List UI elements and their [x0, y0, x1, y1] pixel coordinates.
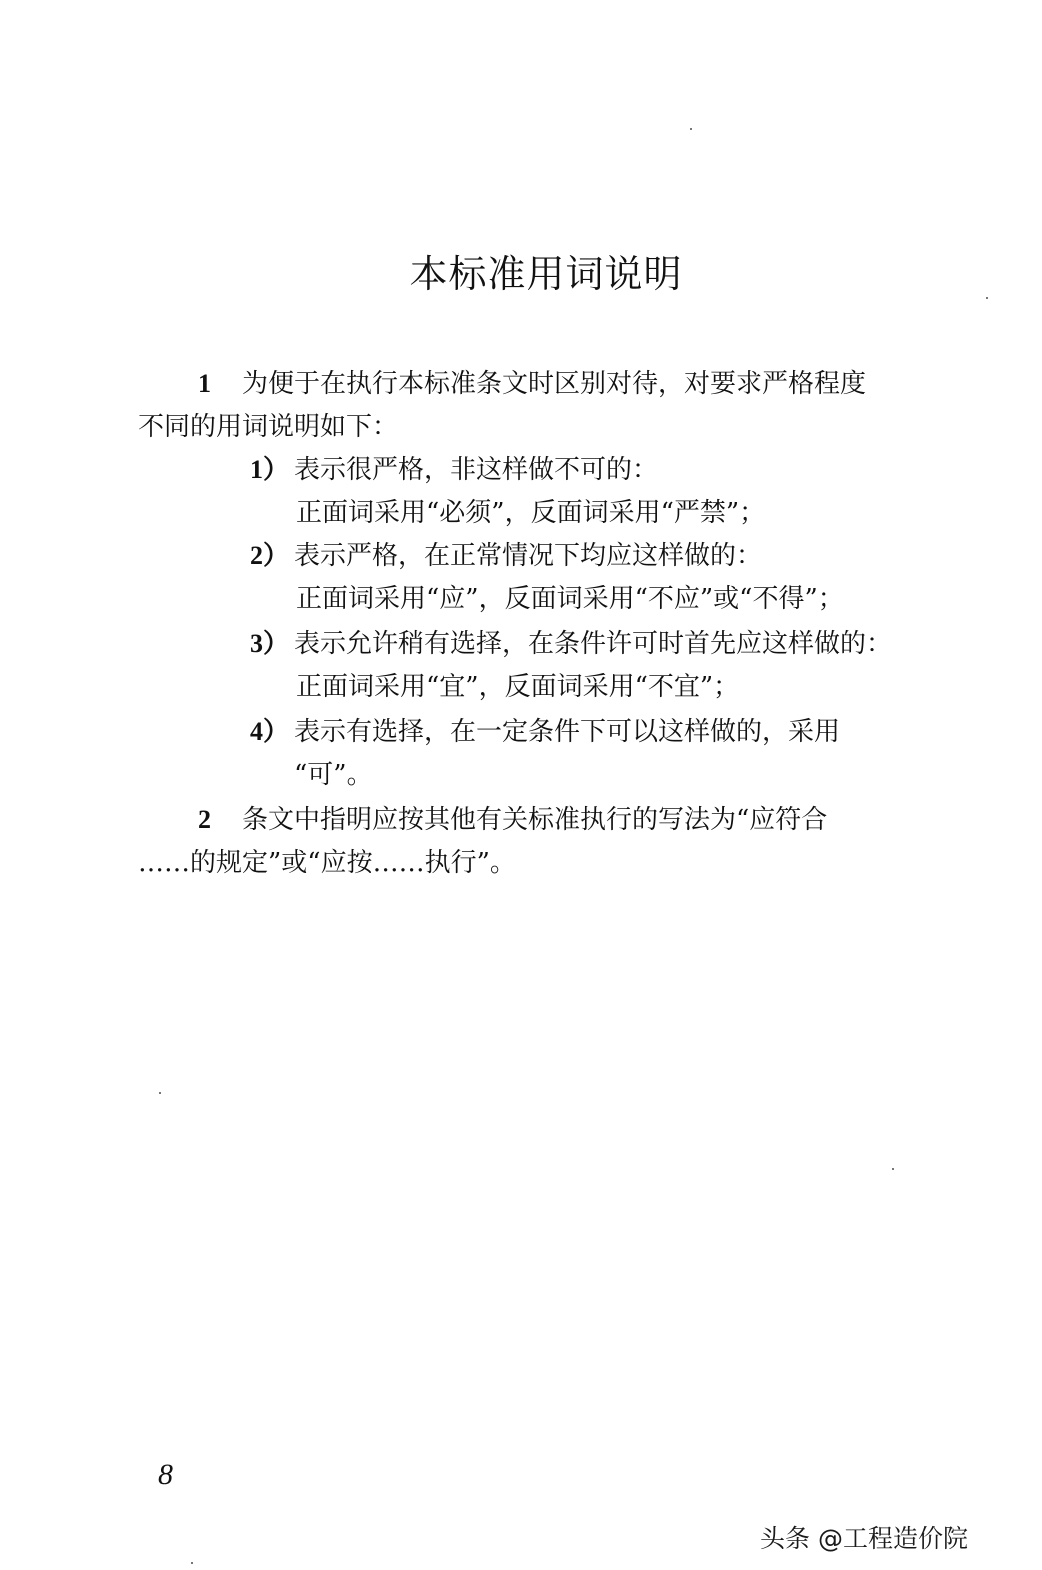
clause-2-number: 2: [198, 800, 242, 840]
scan-speck: [159, 1092, 161, 1094]
item-2-text-2: 正面词采用“应”，反面词采用“不应”或“不得”；: [296, 584, 844, 614]
page-number: 8: [158, 1458, 173, 1492]
item-1-number: 1）: [250, 450, 294, 490]
clause-1-text-2: 不同的用词说明如下：: [138, 412, 398, 442]
item-2-text-1: 表示严格，在正常情况下均应这样做的：: [294, 541, 762, 571]
item-4-text-1: 表示有选择，在一定条件下可以这样做的，采用: [294, 717, 840, 747]
item-3-text-1: 表示允许稍有选择，在条件许可时首先应这样做的：: [294, 629, 892, 659]
item-1-line-1: 1）表示很严格，非这样做不可的：: [250, 450, 658, 490]
scan-speck: [690, 128, 692, 130]
scan-speck: [892, 1168, 894, 1170]
item-1-line-2: 正面词采用“必须”，反面词采用“严禁”；: [296, 493, 765, 533]
item-3-line-2: 正面词采用“宜”，反面词采用“不宜”；: [296, 667, 739, 707]
item-1-text-1: 表示很严格，非这样做不可的：: [294, 455, 658, 485]
item-3-line-1: 3）表示允许稍有选择，在条件许可时首先应这样做的：: [250, 624, 892, 664]
clause-1-text-1: 为便于在执行本标准条文时区别对待，对要求严格程度: [242, 369, 866, 399]
scan-speck: [986, 297, 988, 299]
clause-1-line-1: 1为便于在执行本标准条文时区别对待，对要求严格程度: [198, 364, 866, 404]
page-title: 本标准用词说明: [0, 246, 1042, 302]
item-2-line-2: 正面词采用“应”，反面词采用“不应”或“不得”；: [296, 579, 844, 619]
clause-1-number: 1: [198, 364, 242, 404]
item-1-text-2: 正面词采用“必须”，反面词采用“严禁”；: [296, 498, 765, 528]
item-2-line-1: 2）表示严格，在正常情况下均应这样做的：: [250, 536, 762, 576]
clause-1-line-2: 不同的用词说明如下：: [138, 407, 398, 447]
scan-speck: [191, 1562, 193, 1564]
item-2-number: 2）: [250, 536, 294, 576]
item-4-number: 4）: [250, 712, 294, 752]
clause-2-text-2: ……的规定”或“应按……执行”。: [138, 848, 516, 878]
clause-2-line-2: ……的规定”或“应按……执行”。: [138, 843, 516, 883]
item-4-line-1: 4）表示有选择，在一定条件下可以这样做的，采用: [250, 712, 840, 752]
item-4-text-2: “可”。: [294, 760, 373, 790]
item-3-text-2: 正面词采用“宜”，反面词采用“不宜”；: [296, 672, 739, 702]
item-3-number: 3）: [250, 624, 294, 664]
clause-2-text-1: 条文中指明应按其他有关标准执行的写法为“应符合: [242, 805, 827, 835]
clause-2-line-1: 2条文中指明应按其他有关标准执行的写法为“应符合: [198, 800, 827, 840]
item-4-line-2: “可”。: [294, 755, 373, 795]
watermark: 头条 @工程造价院: [760, 1519, 968, 1555]
document-page: 本标准用词说明 1为便于在执行本标准条文时区别对待，对要求严格程度 不同的用词说…: [0, 0, 1042, 1570]
